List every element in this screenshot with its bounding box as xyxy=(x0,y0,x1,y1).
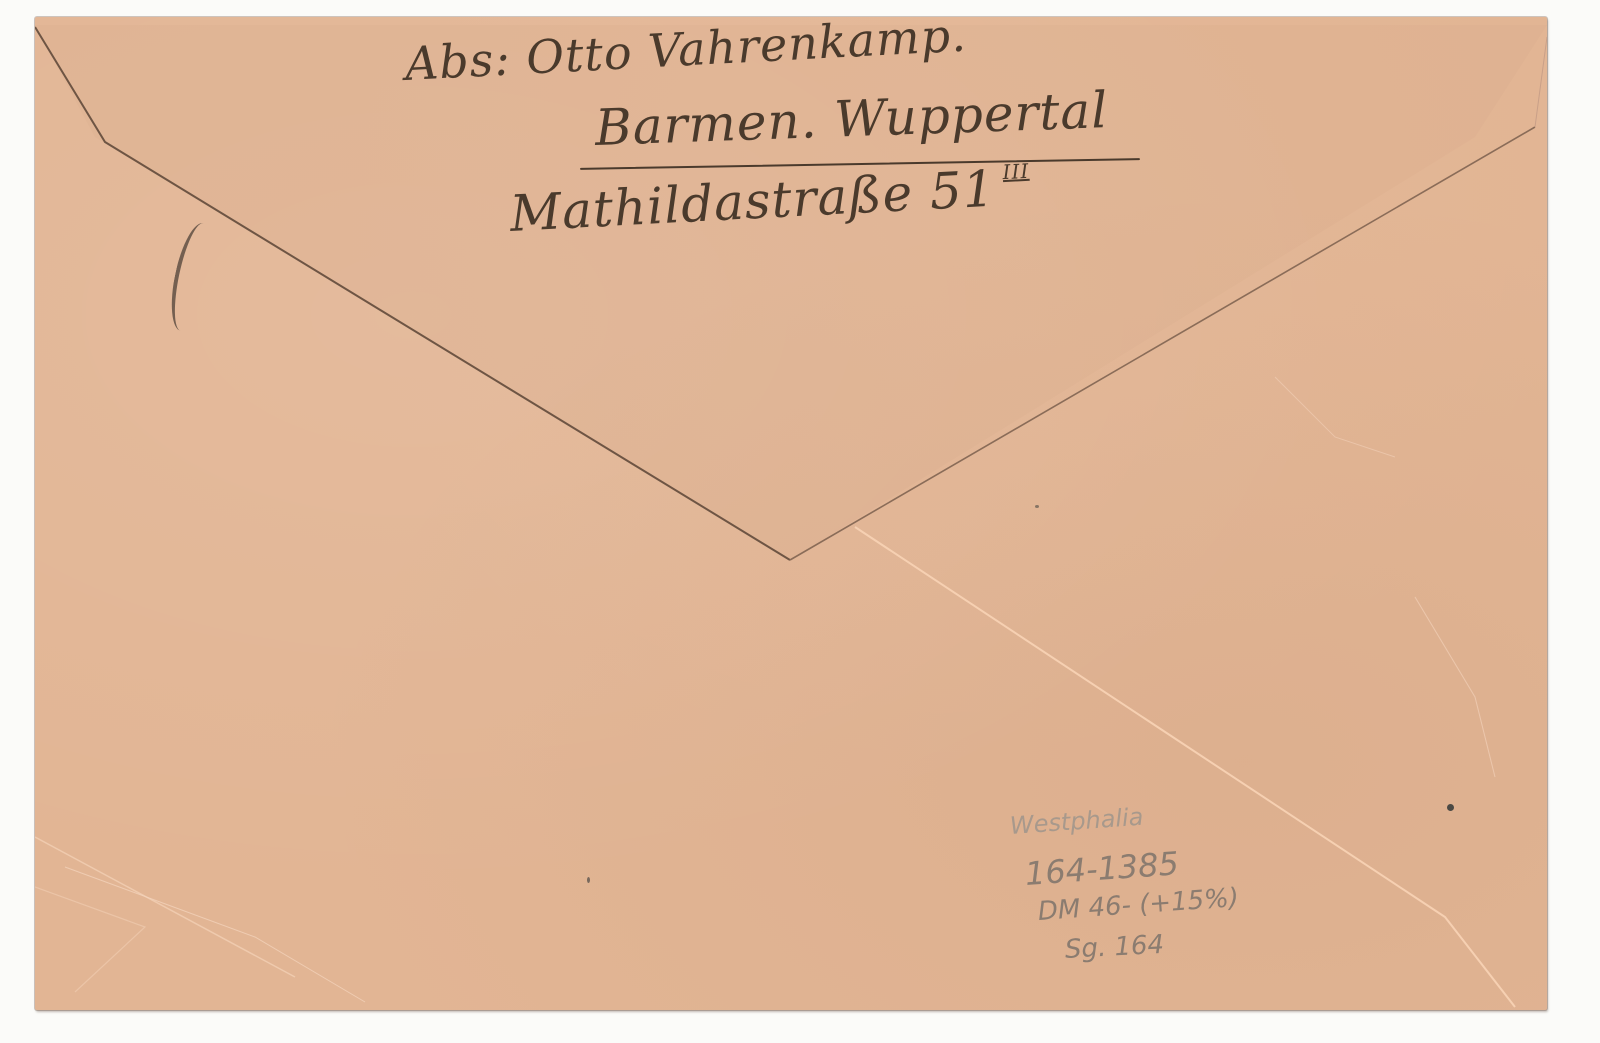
ink-spot xyxy=(1447,804,1454,811)
pencil-note-sg-number: Sg. 164 xyxy=(1064,930,1165,965)
ink-spot xyxy=(587,877,590,883)
envelope: Abs: Otto Vahrenkamp. Barmen. Wuppertal … xyxy=(35,17,1547,1010)
ink-spot xyxy=(1035,505,1039,508)
floor-number: III xyxy=(1002,159,1030,184)
